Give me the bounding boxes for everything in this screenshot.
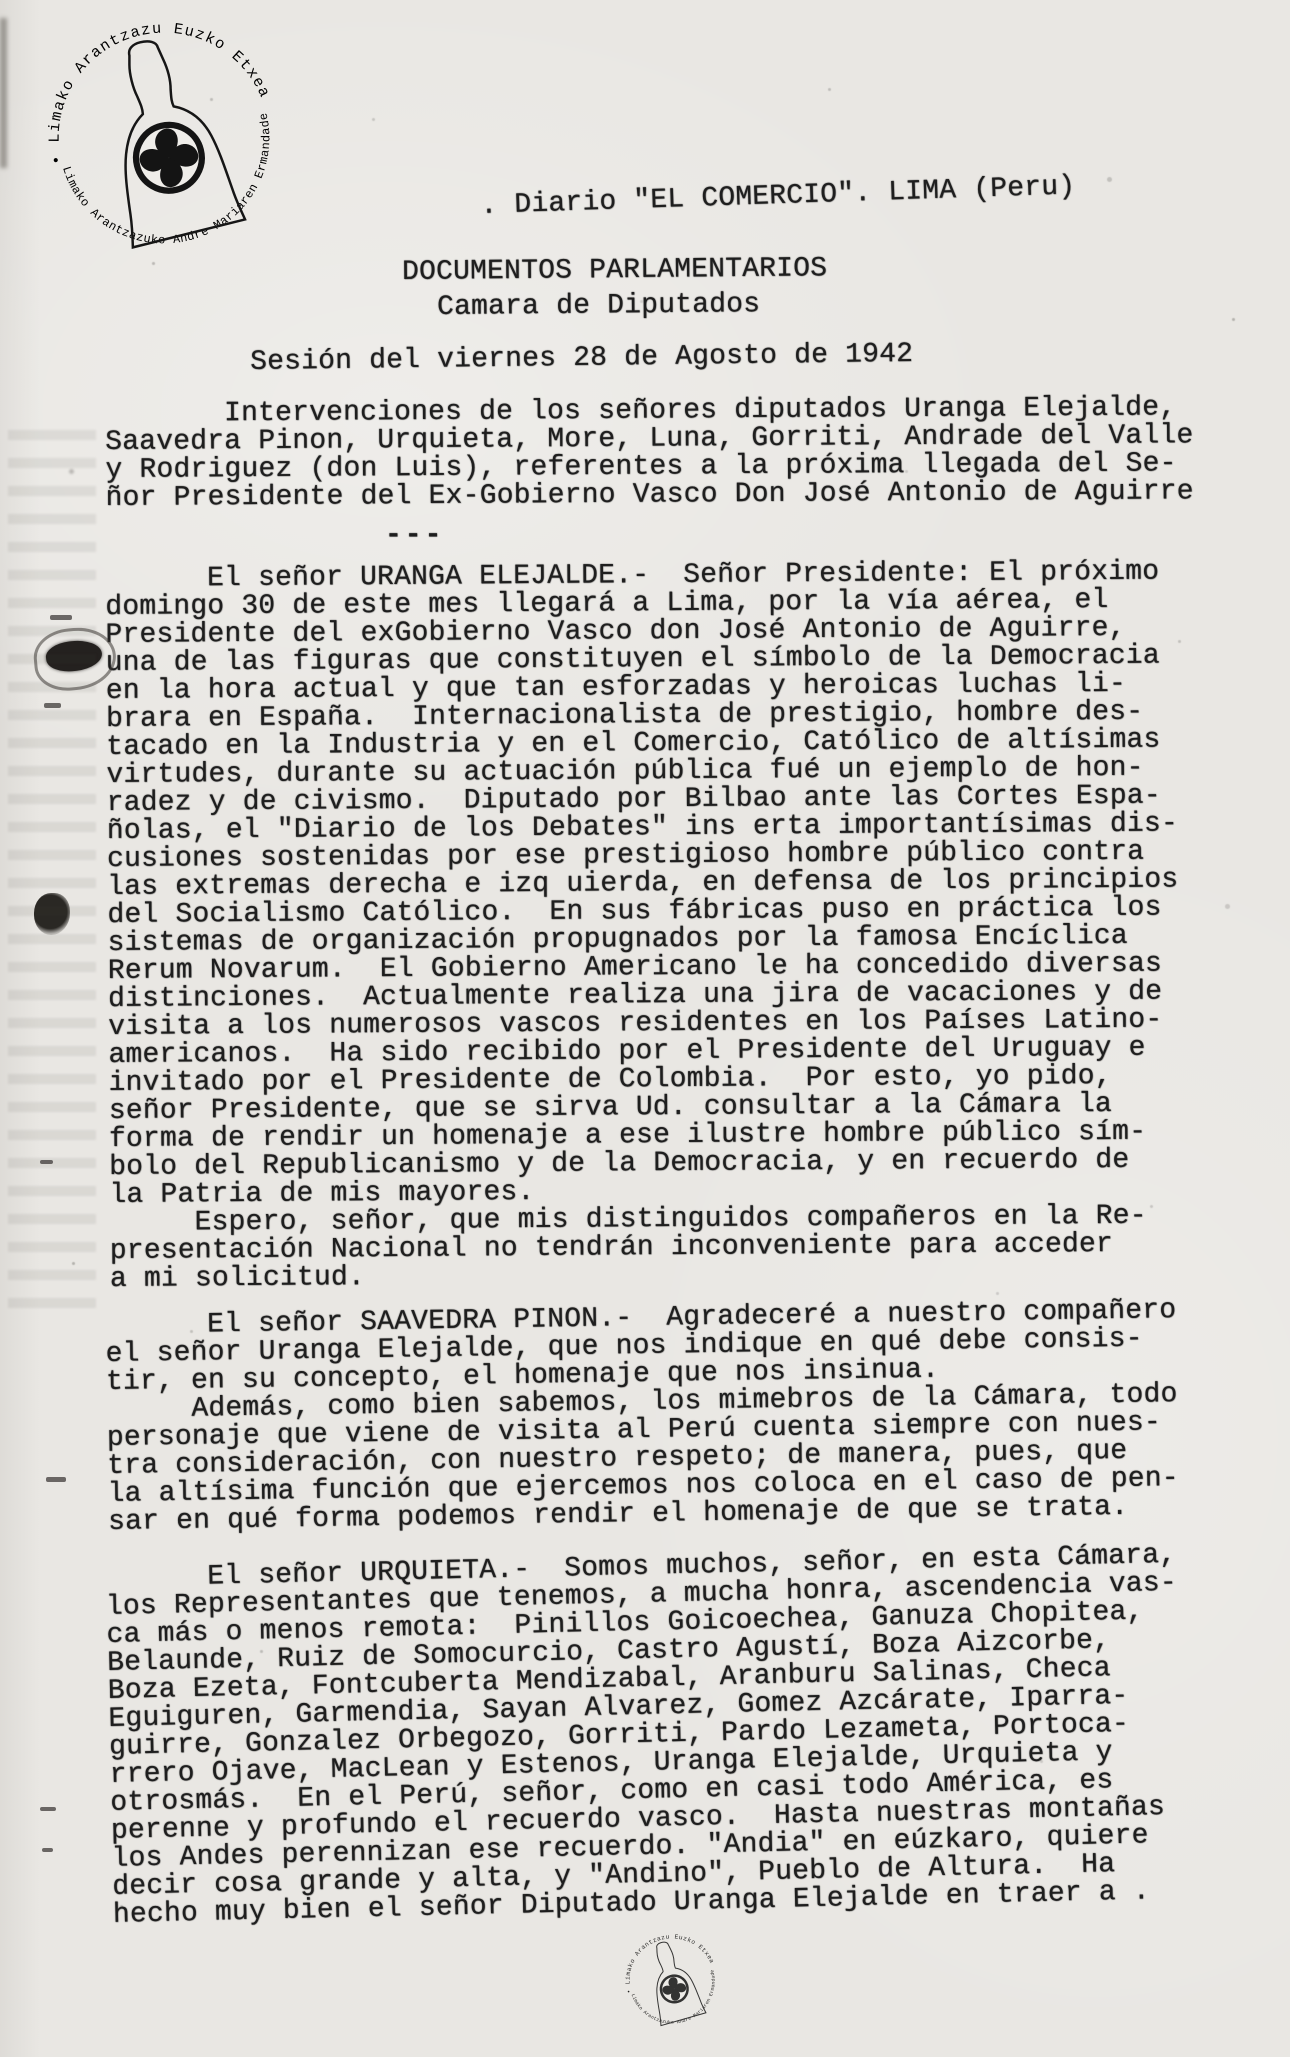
- scan-edge-smudge: [0, 18, 7, 168]
- paper-noise: [0, 0, 3, 3]
- margin-dash-mark: [42, 1848, 53, 1852]
- scanned-document-page: • Limako Arantzazu Euzko Etxea • Limako …: [0, 0, 1290, 2057]
- doc-subtitle: Camara de Diputados: [437, 291, 760, 322]
- org-stamp-top: [0, 0, 329, 303]
- org-stamp-bottom: [604, 1913, 740, 2049]
- bleed-through-ghost-text: [8, 430, 96, 1310]
- intro-paragraph: Intervenciones de los señores diputados …: [105, 394, 1194, 513]
- margin-dash-mark: [40, 1807, 56, 1811]
- speech-saavedra-pinon: El señor SAAVEDRA PINON.- Agradeceré a n…: [105, 1297, 1179, 1537]
- session-title: Sesión del viernes 28 de Agosto de 1942: [250, 341, 913, 377]
- doc-title: DOCUMENTOS PARLAMENTARIOS: [402, 255, 827, 287]
- speech-uranga-elejalde: El señor URANGA ELEJALDE.- Señor Preside…: [105, 559, 1181, 1294]
- speech-urquieta: El señor URQUIETA.- Somos muchos, señor,…: [105, 1542, 1184, 1930]
- separator-dashes: ---: [385, 522, 444, 550]
- margin-dash-mark: [46, 1477, 66, 1482]
- source-caption: . Diario "EL COMERCIO". LIMA (Peru): [480, 173, 1076, 221]
